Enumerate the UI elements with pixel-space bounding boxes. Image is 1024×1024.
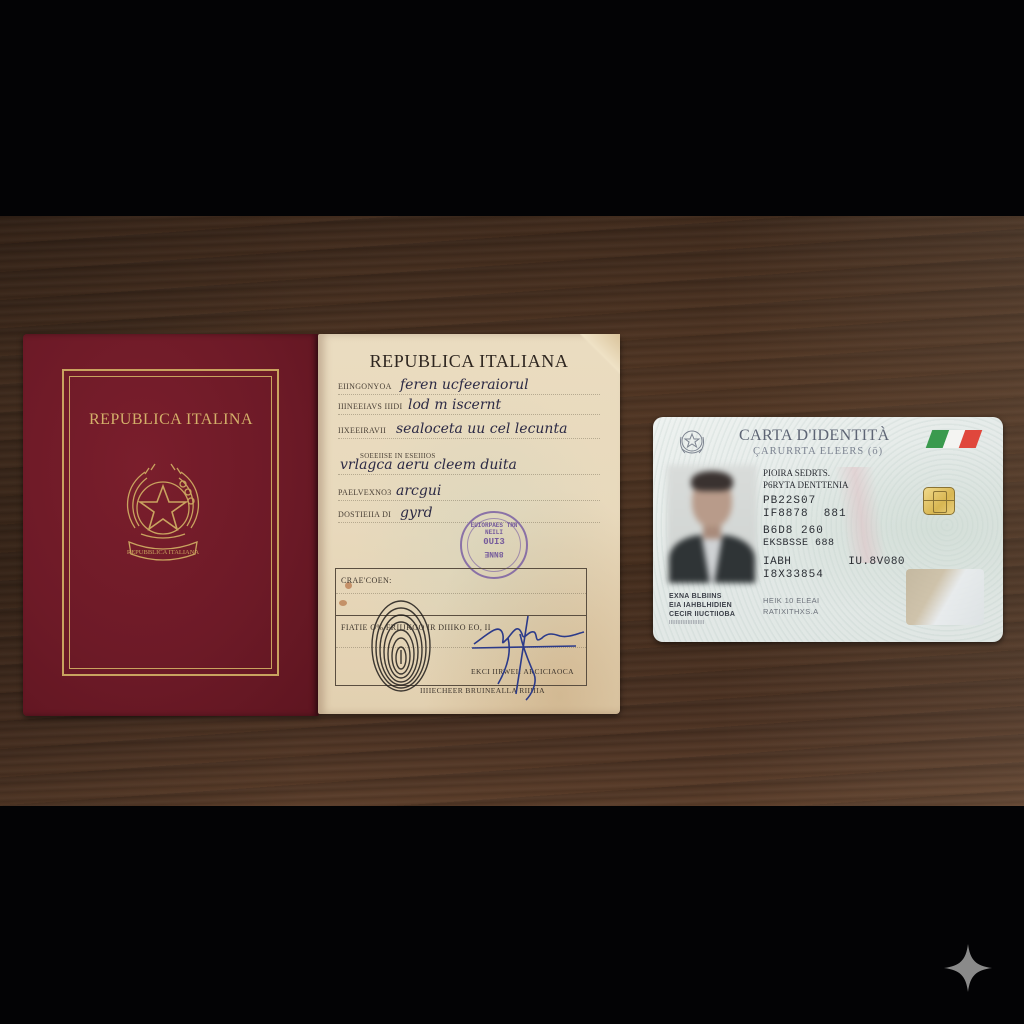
card-bottom-left-text: EXNA BLBIINS EIA IAHBLHIDIEN CECIR IIUCT… (669, 592, 735, 628)
dotted-line (336, 593, 586, 594)
data-line: B6D8 260 (763, 526, 905, 537)
text-line: CECIR IIUCTIIOBA (669, 610, 735, 619)
field-handwritten-value: gyrd (400, 505, 433, 521)
field-label: DOSTIEIIA DI (338, 510, 391, 519)
card-personal-data: PIOIRA SEDRTS. P6RYTA DENTTENIA PB22S07 … (763, 469, 905, 581)
card-bottom-middle-text: HEIK 10 ELEAI RATIXITHXS.A (763, 595, 819, 617)
passport-cover: REPUBLICA ITALINA REPUBBLICA ITALIANA (23, 334, 319, 716)
stamp-ring-text: EUIORPAES TRN NEILI (462, 522, 526, 536)
field-handwritten-value: feren ucfeeraiorul (400, 377, 529, 393)
passport-field-3: IIXEEIRAVII sealoceta uu cel lecunta (338, 418, 600, 439)
field-label: IIXEEIRAVII (338, 426, 386, 435)
field-handwritten-value: arcgui (396, 483, 441, 499)
passport-field-1: EIINGONYOA feren ucfeeraiorul (338, 374, 600, 395)
passport-field-5: PAELVEXNO3 arcgui (338, 480, 600, 501)
page-title: REPUBLICA ITALIANA (318, 351, 620, 372)
smart-chip-icon (923, 487, 955, 515)
field-handwritten-value: vrlagca aeru cleem duita (340, 457, 517, 473)
passport-data-page: REPUBLICA ITALIANA EIINGONYOA feren ucfe… (318, 334, 620, 714)
sparkle-icon (944, 944, 992, 992)
data-line: PIOIRA SEDRTS. (763, 469, 905, 478)
fingerprint-icon (370, 598, 432, 694)
text-line: IIIIIIIIIIIIIIIIIIIII (669, 619, 735, 628)
data-line: P6RYTA DENTTENIA (763, 481, 905, 490)
stamp-center-top: 0UI3 (462, 537, 526, 547)
card-subtitle: ÇARURRTA ELEERS (ö) (753, 446, 883, 457)
data-line: EKSBSSE 688 (763, 539, 905, 549)
passport-field-4: vrlagca aeru cleem duita (338, 454, 600, 475)
identity-card: CARTA D'IDENTITÀ ÇARURRTA ELEERS (ö) PIO… (653, 417, 1003, 642)
passport-field-6: DOSTIEIIA DI gyrd (338, 502, 600, 523)
italian-republic-emblem-icon (677, 427, 707, 460)
field-label: EIINGONYOA (338, 382, 392, 391)
holder-photo (667, 465, 757, 583)
text-line: EIA IAHBLHIDIEN (669, 601, 735, 610)
cover-title: REPUBLICA ITALINA (23, 411, 319, 429)
passport-field-2: IIINEEIAVS IIIDI lod m iscernt (338, 394, 600, 415)
signature (468, 604, 588, 704)
data-line: I8X33854 (763, 570, 905, 581)
italian-flag-icon (926, 430, 983, 448)
data-line: PB22S07 (763, 496, 905, 507)
box-row-1: CRAE'COEN: (341, 576, 392, 585)
text-line: HEIK 10 ELEAI (763, 595, 819, 606)
field-label: IIINEEIAVS IIIDI (338, 402, 402, 411)
hologram-window (906, 569, 984, 625)
italian-republic-emblem-icon: REPUBBLICA ITALIANA (115, 458, 211, 570)
svg-text:REPUBBLICA ITALIANA: REPUBBLICA ITALIANA (127, 549, 200, 556)
data-line: IF8878 881 (763, 509, 905, 520)
stamp-center-bottom: 8NNE (462, 549, 526, 558)
field-handwritten-value: sealoceta uu cel lecunta (396, 421, 567, 437)
data-line: IABH IU.8V080 (763, 557, 905, 568)
field-label: PAELVEXNO3 (338, 488, 392, 497)
card-title: CARTA D'IDENTITÀ (739, 427, 890, 445)
text-line: RATIXITHXS.A (763, 606, 819, 617)
field-handwritten-value: lod m iscernt (408, 397, 501, 413)
text-line: EXNA BLBIINS (669, 592, 735, 601)
